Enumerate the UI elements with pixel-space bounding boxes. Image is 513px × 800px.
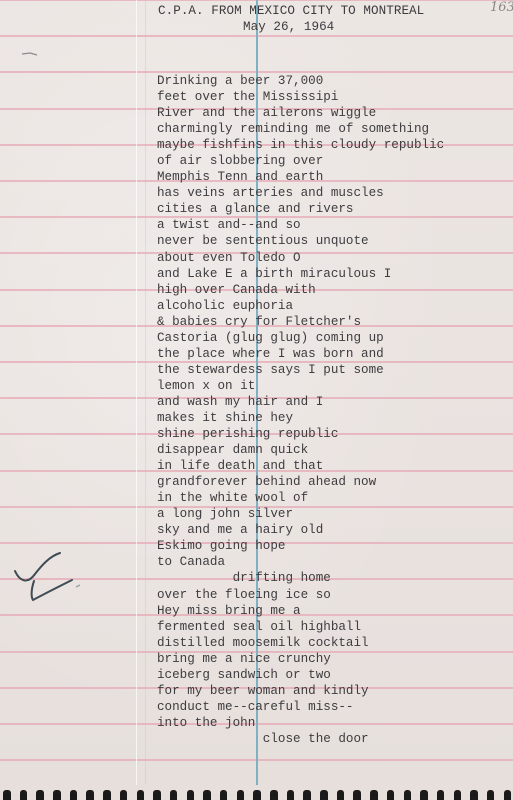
poem-line: a twist and--and so	[157, 217, 444, 233]
perforation-hole	[170, 790, 178, 800]
left-margin-line	[136, 0, 137, 785]
perforation-hole	[287, 790, 295, 800]
perforation-hole	[120, 790, 128, 800]
perforation-hole	[36, 790, 44, 800]
notebook-page: C.P.A. FROM MEXICO CITY TO MONTREAL May …	[0, 0, 513, 800]
perforation-hole	[153, 790, 161, 800]
poem-line: grandforever behind ahead now	[157, 474, 444, 490]
perforation-hole	[187, 790, 195, 800]
perforation-hole	[487, 790, 495, 800]
poem-line: alcoholic euphoria	[157, 298, 444, 314]
perforation-hole	[137, 790, 145, 800]
perforation-hole	[387, 790, 395, 800]
left-margin-line-secondary	[145, 0, 146, 785]
poem-line: to Canada	[157, 554, 444, 570]
perforation-hole	[303, 790, 311, 800]
perforated-edge	[0, 790, 513, 800]
perforation-hole	[220, 790, 228, 800]
perforation-hole	[70, 790, 78, 800]
poem-line: & babies cry for Fletcher's	[157, 314, 444, 330]
poem-line: makes it shine hey	[157, 410, 444, 426]
perforation-hole	[237, 790, 245, 800]
poem-line: sky and me a hairy old	[157, 522, 444, 538]
poem-line: River and the ailerons wiggle	[157, 105, 444, 121]
poem-line: feet over the Mississipi	[157, 89, 444, 105]
poem-line: Eskimo going hope	[157, 538, 444, 554]
poem-line: cities a glance and rivers	[157, 201, 444, 217]
perforation-hole	[3, 790, 11, 800]
perforation-hole	[353, 790, 361, 800]
perforation-hole	[404, 790, 412, 800]
poem-line: iceberg sandwich or two	[157, 667, 444, 683]
poem-line: never be sententious unquote	[157, 233, 444, 249]
perforation-hole	[337, 790, 345, 800]
poem-line: charmingly reminding me of something	[157, 121, 444, 137]
poem-line: lemon x on it	[157, 378, 444, 394]
poem-line: disappear damn quick	[157, 442, 444, 458]
poem-line: fermented seal oil highball	[157, 619, 444, 635]
poem-title: C.P.A. FROM MEXICO CITY TO MONTREAL	[158, 3, 424, 19]
poem-line: bring me a nice crunchy	[157, 651, 444, 667]
poem-line: the stewardess says I put some	[157, 362, 444, 378]
page-number: 163	[490, 0, 513, 15]
perforation-hole	[103, 790, 111, 800]
perforation-hole	[370, 790, 378, 800]
poem-line: Castoria (glug glug) coming up	[157, 330, 444, 346]
perforation-hole	[454, 790, 462, 800]
perforation-hole	[504, 790, 512, 800]
perforation-hole	[53, 790, 61, 800]
perforation-hole	[420, 790, 428, 800]
checkmark-icon-second	[28, 575, 88, 615]
perforation-hole	[86, 790, 94, 800]
poem-line: Drinking a beer 37,000	[157, 73, 444, 89]
poem-line: and Lake E a birth miraculous I	[157, 266, 444, 282]
poem-line: over the floeing ice so	[157, 587, 444, 603]
poem-line: about even Toledo O	[157, 250, 444, 266]
poem-line: a long john silver	[157, 506, 444, 522]
poem-line: shine perishing republic	[157, 426, 444, 442]
perforation-hole	[253, 790, 261, 800]
poem-line: high over Canada with	[157, 282, 444, 298]
poem-line: in the white wool of	[157, 490, 444, 506]
poem-line: into the john	[157, 715, 444, 731]
poem-line: Memphis Tenn and earth	[157, 169, 444, 185]
poem-line: close the door	[157, 731, 444, 747]
perforation-hole	[470, 790, 478, 800]
poem-line: has veins arteries and muscles	[157, 185, 444, 201]
poem-body: Drinking a beer 37,000feet over the Miss…	[157, 73, 444, 747]
poem-line: the place where I was born and	[157, 346, 444, 362]
perforation-hole	[437, 790, 445, 800]
poem-date: May 26, 1964	[243, 19, 334, 35]
poem-line: and wash my hair and I	[157, 394, 444, 410]
poem-line: maybe fishfins in this cloudy republic	[157, 137, 444, 153]
pencil-mark-icon	[20, 48, 40, 60]
poem-line: drifting home	[157, 570, 444, 586]
poem-line: for my beer woman and kindly	[157, 683, 444, 699]
poem-line: distilled moosemilk cocktail	[157, 635, 444, 651]
perforation-hole	[203, 790, 211, 800]
perforation-hole	[270, 790, 278, 800]
poem-line: of air slobbering over	[157, 153, 444, 169]
poem-line: Hey miss bring me a	[157, 603, 444, 619]
perforation-hole	[320, 790, 328, 800]
poem-line: conduct me--careful miss--	[157, 699, 444, 715]
perforation-hole	[20, 790, 28, 800]
poem-line: in life death and that	[157, 458, 444, 474]
